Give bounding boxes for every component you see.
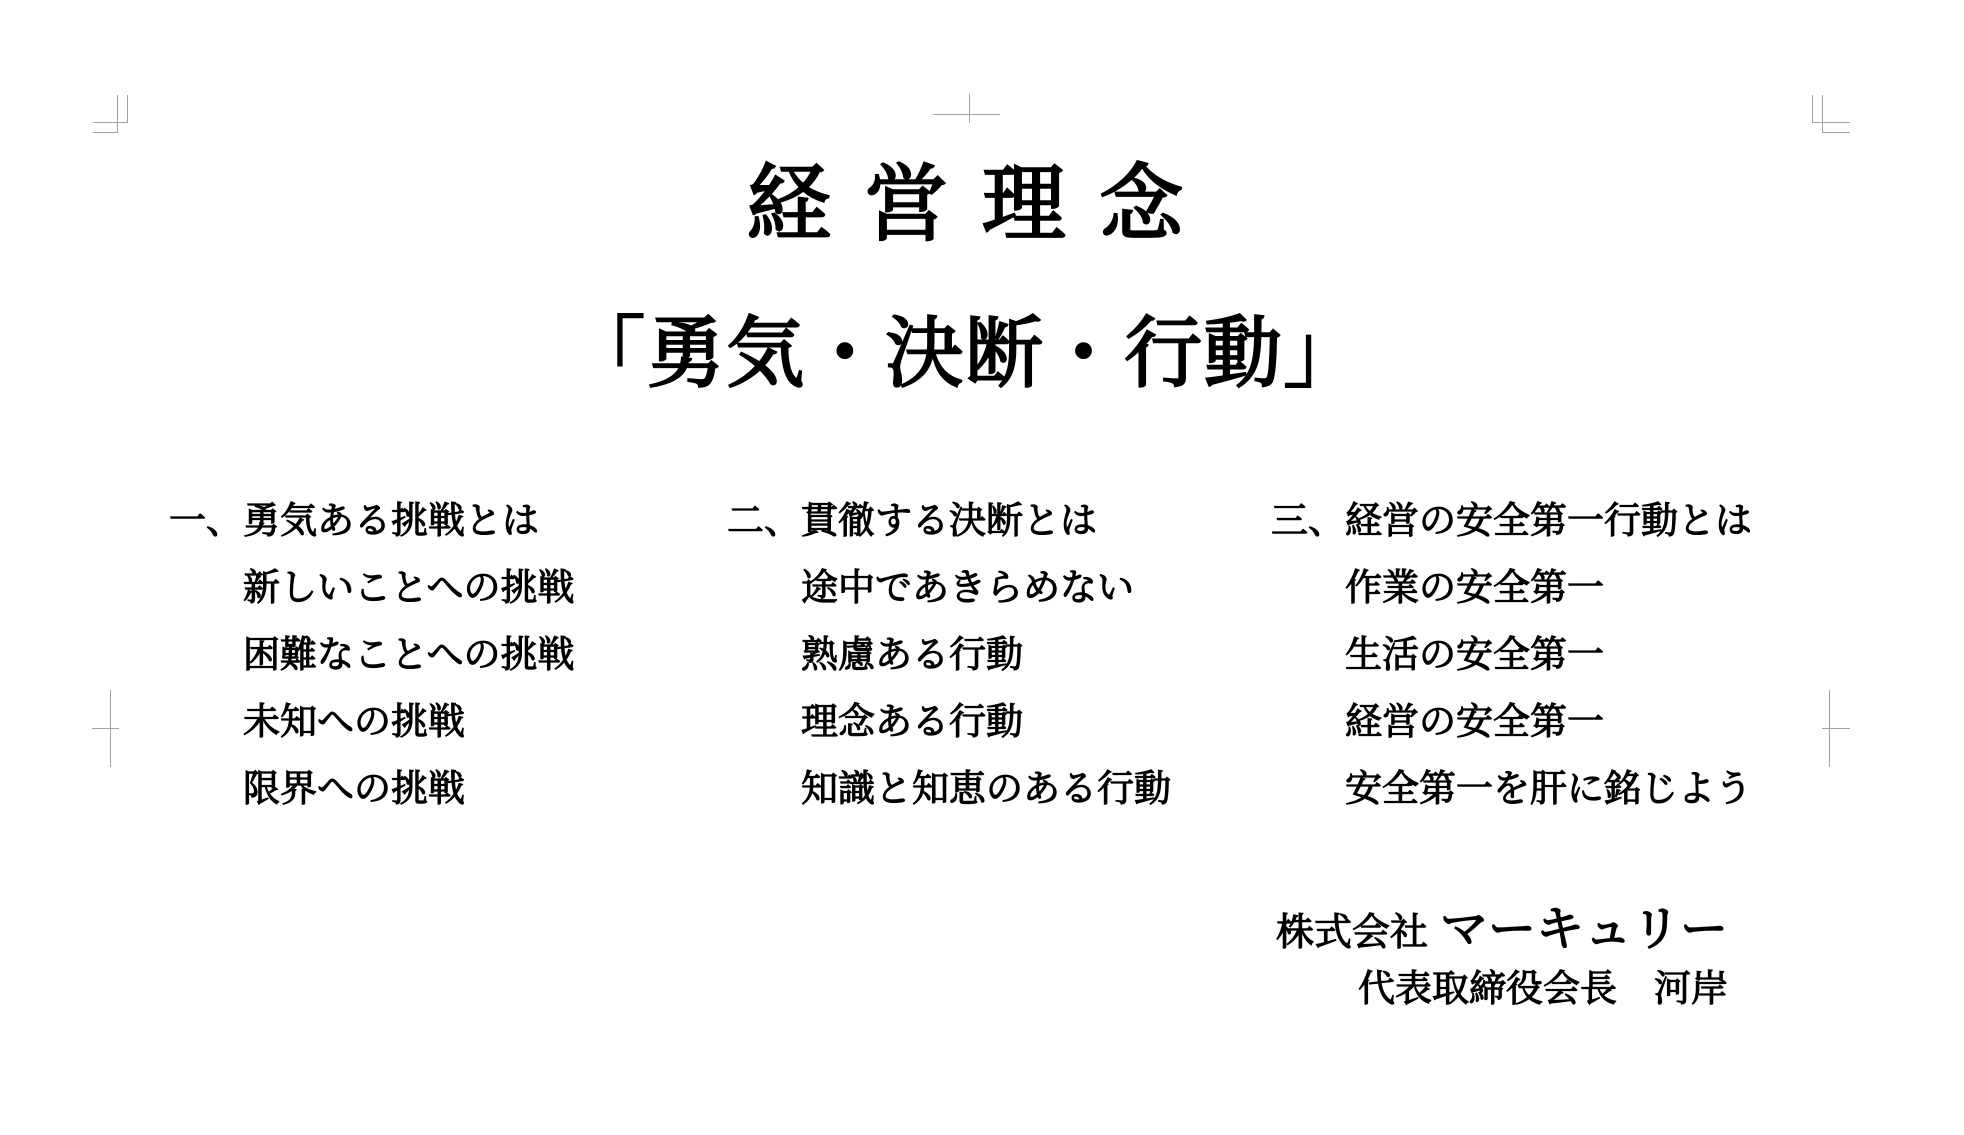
document-title: 経営理念 bbox=[0, 160, 1930, 252]
crop-mark-line bbox=[1812, 95, 1813, 122]
section-heading-text: 勇気ある挑戦とは bbox=[243, 501, 539, 542]
list-item: 安全第一を肝に銘じよう bbox=[1345, 756, 1752, 823]
crop-mark-line bbox=[1812, 122, 1850, 123]
document-page: 経営理念 「勇気・決断・行動」 一、勇気ある挑戦とは 新しいことへの挑戦 困難な… bbox=[0, 0, 1964, 1135]
crop-mark-line bbox=[1822, 95, 1823, 133]
list-item: 途中であきらめない bbox=[801, 555, 1171, 622]
section-items: 途中であきらめない 熟慮ある行動 理念ある行動 知識と知恵のある行動 bbox=[727, 555, 1171, 823]
signature-company-line: 株式会社マーキュリー bbox=[1276, 890, 1728, 959]
crop-mark-line bbox=[92, 728, 119, 729]
section-decision: 二、貫徹する決断とは 途中であきらめない 熟慮ある行動 理念ある行動 知識と知恵… bbox=[727, 488, 1171, 823]
list-item: 経営の安全第一 bbox=[1345, 689, 1752, 756]
crop-mark-line bbox=[933, 114, 1000, 115]
list-item: 知識と知恵のある行動 bbox=[801, 756, 1171, 823]
section-number: 一、 bbox=[169, 501, 243, 542]
crop-mark-line bbox=[93, 122, 128, 123]
section-heading-text: 経営の安全第一行動とは bbox=[1345, 501, 1752, 542]
crop-mark-line bbox=[93, 132, 118, 133]
list-item: 理念ある行動 bbox=[801, 689, 1171, 756]
section-safety-action: 三、経営の安全第一行動とは 作業の安全第一 生活の安全第一 経営の安全第一 安全… bbox=[1271, 488, 1752, 823]
signature-representative-line: 代表取締役会長 河岸 bbox=[1358, 958, 1728, 1012]
section-heading: 二、貫徹する決断とは bbox=[727, 488, 1171, 555]
crop-mark-line bbox=[127, 95, 128, 122]
list-item: 限界への挑戦 bbox=[243, 756, 575, 823]
company-prefix: 株式会社 bbox=[1276, 912, 1428, 954]
list-item: 未知への挑戦 bbox=[243, 689, 575, 756]
section-heading-text: 貫徹する決断とは bbox=[801, 501, 1097, 542]
list-item: 新しいことへの挑戦 bbox=[243, 555, 575, 622]
section-heading: 一、勇気ある挑戦とは bbox=[169, 488, 575, 555]
section-items: 作業の安全第一 生活の安全第一 経営の安全第一 安全第一を肝に銘じよう bbox=[1271, 555, 1752, 823]
section-items: 新しいことへの挑戦 困難なことへの挑戦 未知への挑戦 限界への挑戦 bbox=[169, 555, 575, 823]
list-item: 生活の安全第一 bbox=[1345, 622, 1752, 689]
section-courage: 一、勇気ある挑戦とは 新しいことへの挑戦 困難なことへの挑戦 未知への挑戦 限界… bbox=[169, 488, 575, 823]
list-item: 作業の安全第一 bbox=[1345, 555, 1752, 622]
list-item: 困難なことへの挑戦 bbox=[243, 622, 575, 689]
document-subtitle: 「勇気・決断・行動」 bbox=[0, 308, 1930, 400]
section-number: 三、 bbox=[1271, 501, 1345, 542]
crop-mark-line bbox=[117, 95, 118, 133]
list-item: 熟慮ある行動 bbox=[801, 622, 1171, 689]
section-heading: 三、経営の安全第一行動とは bbox=[1271, 488, 1752, 555]
crop-mark-line bbox=[1822, 132, 1850, 133]
crop-mark-line bbox=[969, 94, 970, 123]
company-name: マーキュリー bbox=[1440, 903, 1728, 956]
crop-mark-line bbox=[1822, 728, 1850, 729]
section-number: 二、 bbox=[727, 501, 801, 542]
